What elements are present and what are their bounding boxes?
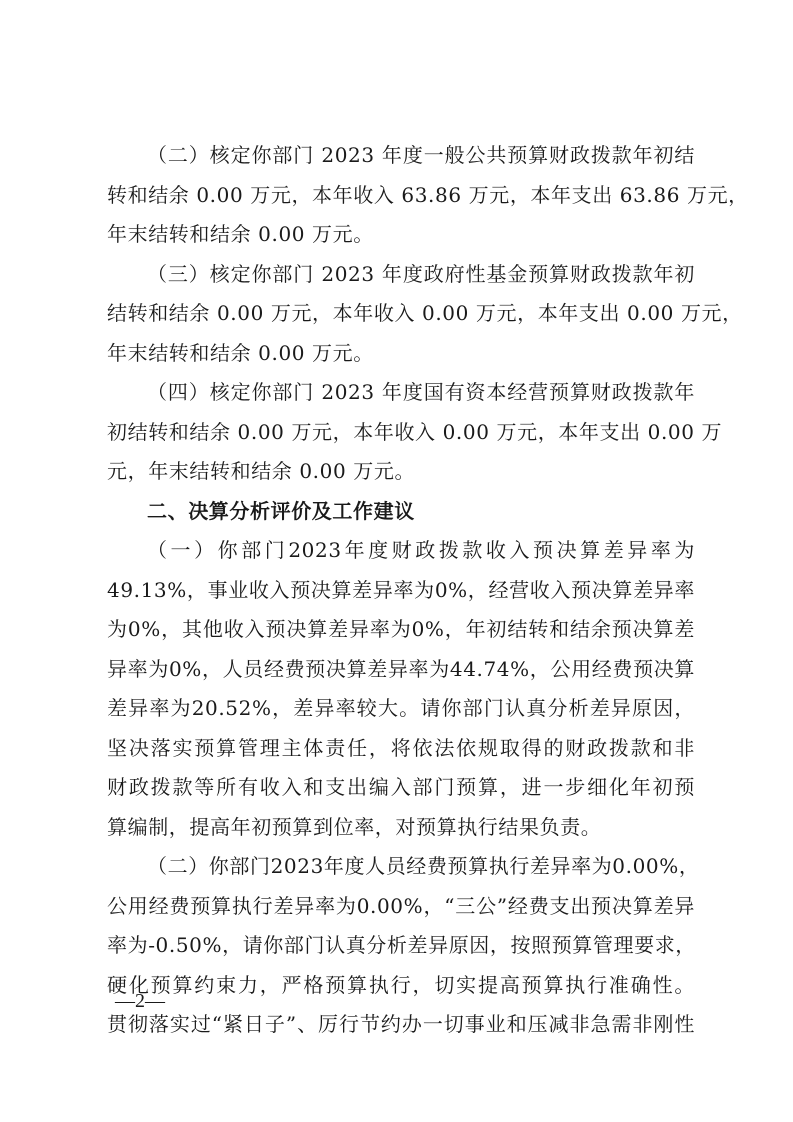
- text-line: （二）核定你部门 2023 年度一般公共预算财政拨款年初结: [107, 136, 695, 176]
- text-line: 为0%，其他收入预决算差异率为0%，年初结转和结余预决算差: [107, 610, 695, 650]
- text-line: （四）核定你部门 2023 年度国有资本经营预算财政拨款年: [107, 373, 695, 413]
- text-line: 坚决落实预算管理主体责任，将依法依规取得的财政拨款和非: [107, 729, 695, 769]
- text-line: （一）你部门2023年度财政拨款收入预决算差异率为: [107, 531, 695, 571]
- text-line: （三）核定你部门 2023 年度政府性基金预算财政拨款年初: [107, 255, 695, 295]
- text-line: 49.13%，事业收入预决算差异率为0%，经营收入预决算差异率: [107, 571, 695, 611]
- paragraph-state-capital-budget: （四）核定你部门 2023 年度国有资本经营预算财政拨款年 初结转和结余 0.0…: [107, 373, 695, 492]
- text-line: （二）你部门2023年度人员经费预算执行差异率为0.00%，: [107, 847, 695, 887]
- text-line: 异率为0%，人员经费预决算差异率为44.74%，公用经费预决算: [107, 650, 695, 690]
- text-line: 硬化预算约束力，严格预算执行，切实提高预算执行准确性。: [107, 966, 695, 1006]
- text-line: 贯彻落实过“紧日子”、厉行节约办一切事业和压减非急需非刚性: [107, 1005, 695, 1045]
- text-line: 转和结余 0.00 万元，本年收入 63.86 万元，本年支出 63.86 万元…: [107, 176, 695, 216]
- text-line: 年末结转和结余 0.00 万元。: [107, 215, 695, 255]
- text-line: 公用经费预算执行差异率为0.00%，“三公”经费支出预决算差异: [107, 887, 695, 927]
- section-heading: 二、决算分析评价及工作建议: [107, 492, 695, 532]
- text-line: 结转和结余 0.00 万元，本年收入 0.00 万元，本年支出 0.00 万元，: [107, 294, 695, 334]
- paragraph-general-budget: （二）核定你部门 2023 年度一般公共预算财政拨款年初结 转和结余 0.00 …: [107, 136, 695, 255]
- text-line: 算编制，提高年初预算到位率，对预算执行结果负责。: [107, 808, 695, 848]
- text-line: 率为-0.50%，请你部门认真分析差异原因，按照预算管理要求，: [107, 926, 695, 966]
- document-page: （二）核定你部门 2023 年度一般公共预算财政拨款年初结 转和结余 0.00 …: [107, 136, 695, 1045]
- text-line: 年末结转和结余 0.00 万元。: [107, 334, 695, 374]
- text-line: 财政拨款等所有收入和支出编入部门预算，进一步细化年初预: [107, 768, 695, 808]
- paragraph-analysis-variance-rates: （一）你部门2023年度财政拨款收入预决算差异率为 49.13%，事业收入预决算…: [107, 531, 695, 847]
- page-number: —2—: [115, 990, 165, 1013]
- paragraph-government-fund-budget: （三）核定你部门 2023 年度政府性基金预算财政拨款年初 结转和结余 0.00…: [107, 255, 695, 374]
- paragraph-analysis-execution-variance: （二）你部门2023年度人员经费预算执行差异率为0.00%， 公用经费预算执行差…: [107, 847, 695, 1045]
- text-line: 元，年末结转和结余 0.00 万元。: [107, 452, 695, 492]
- text-line: 初结转和结余 0.00 万元，本年收入 0.00 万元，本年支出 0.00 万: [107, 413, 695, 453]
- text-line: 差异率为20.52%，差异率较大。请你部门认真分析差异原因，: [107, 689, 695, 729]
